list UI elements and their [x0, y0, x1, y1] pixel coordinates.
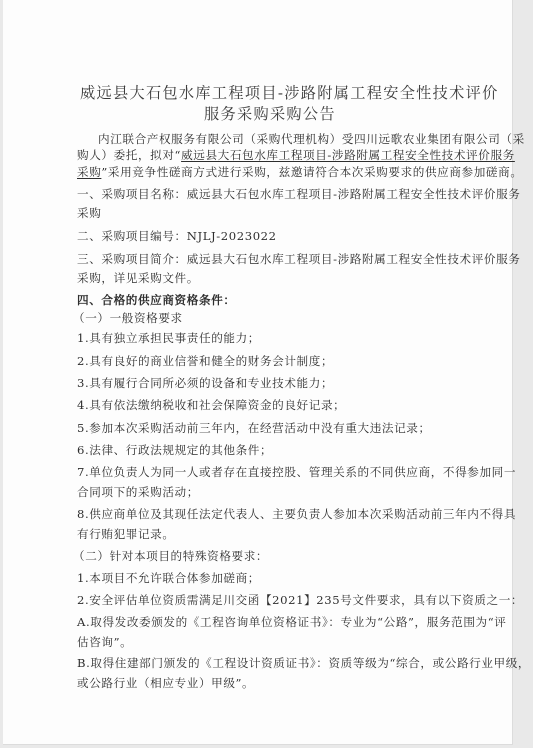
- general-item-8-line-2: 有行贿犯罪记录。: [77, 526, 175, 542]
- option-b-line-2: 或公路行业（相应专业）甲级”。: [77, 675, 254, 691]
- general-item-5: 5.参加本次采购活动前三年内，在经营活动中没有重大违法记录；: [77, 420, 431, 436]
- option-b-line-1: B.取得住建部门颁发的《工程设计资质证书》：资质等级为“综合，或公路行业甲级，: [77, 655, 530, 671]
- section-3-line-2: 采购，详见采购文件。: [77, 270, 199, 286]
- option-a-line-2: 估咨询”。: [77, 634, 132, 650]
- intro-line-3: 采购”采用竞争性磋商方式进行采购，兹邀请符合本次采购要求的供应商参加磋商。: [77, 164, 523, 180]
- intro-line-1: 内江联合产权服务有限公司（采购代理机构）受四川远歌农业集团有限公司（采: [98, 131, 525, 147]
- document-page: 威远县大石包水库工程项目-涉路附属工程安全性技术评价 服务采购采购公告 内江联合…: [3, 0, 513, 745]
- intro-line-3-suffix: ”采用竞争性磋商方式进行采购，兹邀请符合本次采购要求的供应商参加磋商。: [101, 165, 522, 179]
- section-1-line-2: 采购: [77, 205, 101, 221]
- general-item-7-line-2: 合同项下的采购活动；: [77, 484, 199, 500]
- section-2-project-number: 二、采购项目编号：NJLJ-2023022: [77, 228, 277, 244]
- option-a-line-1: A.取得发改委颁发的《工程咨询单位资格证书》：专业为“公路”，服务范围为“评: [77, 614, 506, 630]
- general-item-8-line-1: 8.供应商单位及其现任法定代表人、主要负责人参加本次采购活动前三年内不得具: [77, 506, 516, 522]
- general-item-3: 3.具有履行合同所必须的设备和专业技术能力；: [77, 375, 333, 391]
- general-item-6: 6.法律、行政法规规定的其他条件；: [77, 442, 272, 458]
- special-item-2: 2.安全评估单位资质需满足川交函【2021】235号文件要求，具有以下资质之一：: [77, 592, 523, 608]
- special-item-1: 1.本项目不允许联合体参加磋商；: [77, 570, 260, 586]
- intro-line-2-prefix: 购人）委托，拟对“: [77, 148, 181, 162]
- general-requirements-heading: （一）一般资格要求: [73, 310, 183, 326]
- title-line-1: 威远县大石包水库工程项目-涉路附属工程安全性技术评价: [80, 85, 499, 101]
- section-1-line-1: 一、采购项目名称：威远县大石包水库工程项目-涉路附属工程安全性技术评价服务: [77, 186, 521, 202]
- general-item-1: 1.具有独立承担民事责任的能力；: [77, 330, 260, 346]
- intro-line-2: 购人）委托，拟对“威远县大石包水库工程项目-涉路附属工程安全性技术评价服务: [77, 147, 515, 163]
- section-4-heading: 四、合格的供应商资格条件：: [77, 292, 236, 308]
- general-item-2: 2.具有良好的商业信誉和健全的财务会计制度；: [77, 353, 333, 369]
- section-3-line-1: 三、采购项目简介：威远县大石包水库工程项目-涉路附属工程安全性技术评价服务: [77, 251, 521, 267]
- general-item-4: 4.具有依法缴纳税收和社会保障资金的良好记录；: [77, 397, 345, 413]
- special-requirements-heading: （二）针对本项目的特殊资格要求：: [73, 548, 268, 564]
- general-item-7-line-1: 7.单位负责人为同一人或者存在直接控股、管理关系的不同供应商，不得参加同一: [77, 464, 516, 480]
- title-line-2: 服务采购采购公告: [204, 106, 336, 122]
- project-name-underlined-end: 采购: [77, 165, 101, 179]
- project-name-underlined: 威远县大石包水库工程项目-涉路附属工程安全性技术评价服务: [181, 148, 515, 162]
